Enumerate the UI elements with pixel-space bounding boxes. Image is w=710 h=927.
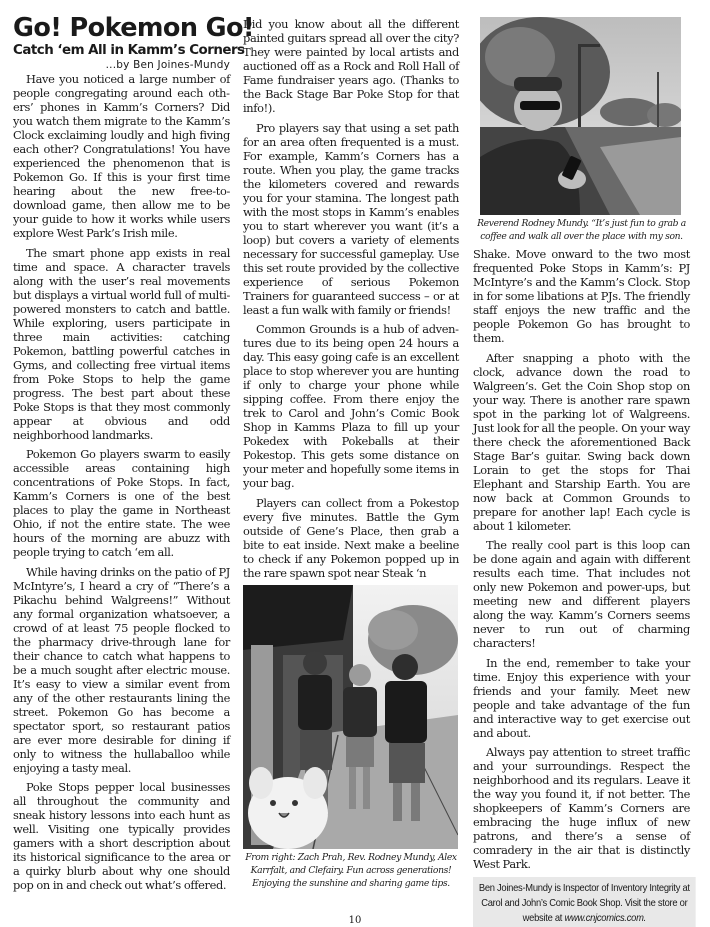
paragraph: Players can collect from a Pokestop ever… — [243, 496, 459, 580]
column-2: Did you know about all the different pai… — [243, 0, 459, 890]
paragraph: Shake. Move onward to the two most frequ… — [473, 247, 690, 345]
page-number: 10 — [340, 915, 370, 926]
photo-rodney-mundy — [480, 17, 681, 215]
article-subtitle: Catch ‘em All in Kamm’s Corners — [13, 43, 230, 59]
author-bio-box: Ben Joines-Mundy is Inspector of Invento… — [473, 877, 696, 927]
paragraph: Have you noticed a large number of peopl… — [13, 72, 230, 240]
column-3: Reverend Rodney Mundy. “It’s just fun to… — [473, 0, 690, 927]
paragraph: Did you know about all the different pai… — [243, 17, 459, 115]
paragraph: Pro players say that using a set path fo… — [243, 121, 459, 317]
paragraph: After snapping a photo with the clock, a… — [473, 351, 690, 533]
article-title: Go! Pokemon Go! — [13, 14, 230, 42]
paragraph: In the end, remember to take your time. … — [473, 656, 690, 740]
paragraph: While having drinks on the patio of PJ M… — [13, 565, 230, 775]
photo-caption: From right: Zach Prah, Rev. Rodney Mundy… — [243, 851, 459, 890]
column-1: Go! Pokemon Go! Catch ‘em All in Kamm’s … — [13, 0, 230, 898]
website-link[interactable]: www.cnjcomics.com. — [564, 913, 645, 924]
paragraph: Pokemon Go players swarm to eas­ily acce… — [13, 447, 230, 559]
street-photo-image — [243, 585, 458, 849]
photo-players-on-sidewalk — [243, 585, 458, 849]
paragraph: Always pay attention to street traf­fic … — [473, 745, 690, 871]
paragraph: The smart phone app exists in real time … — [13, 246, 230, 442]
photo-caption: Reverend Rodney Mundy. “It’s just fun to… — [469, 217, 694, 243]
portrait-photo-image — [480, 17, 681, 215]
paragraph: The really cool part is this loop can be… — [473, 538, 690, 650]
paragraph: Common Grounds is a hub of adven­tures d… — [243, 322, 459, 490]
paragraph: Poke Stops pepper local businesses all t… — [13, 780, 230, 892]
byline: ...by Ben Joines-Mundy — [13, 59, 230, 72]
